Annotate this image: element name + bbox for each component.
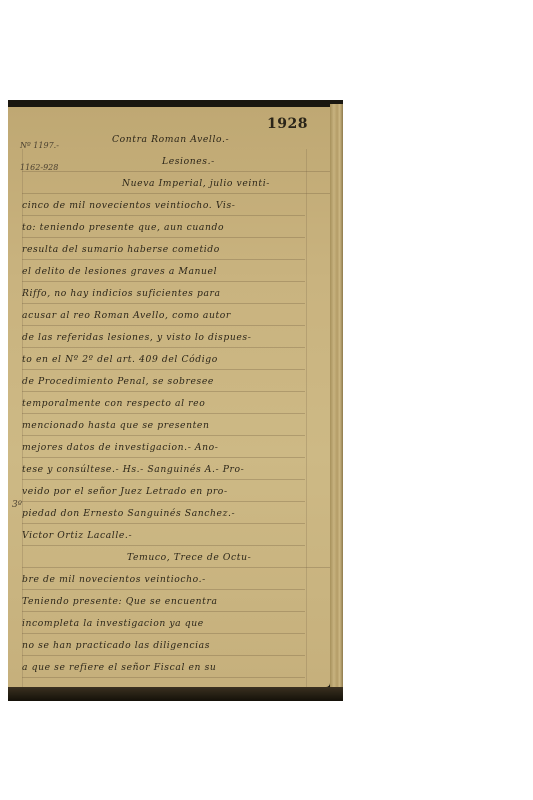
entry-1-line: de Procedimiento Penal, se sobresee (22, 369, 305, 392)
entry-1-line: el delito de lesiones graves a Manuel (22, 259, 305, 282)
entry-2-line: no se han practicado las diligencias (22, 633, 305, 656)
document-photograph: 1928 Nº 1197.- 1162-928 3º Contra Roman … (8, 100, 343, 701)
entry-1-line: acusar al reo Roman Avello, como autor (22, 303, 305, 326)
entry-1-line: piedad don Ernesto Sanguinés Sanchez.- (22, 501, 305, 524)
entry-2-line: bre de mil novecientos veintiocho.- (22, 567, 305, 590)
entry-1-line: to: teniendo presente que, aun cuando (22, 215, 305, 238)
entry-1-line: Riffo, no hay indicios suficientes para (22, 281, 305, 304)
page-stack-edge (330, 104, 343, 690)
entry-1-line: cinco de mil novecientos veintiocho. Vis… (22, 193, 305, 216)
entry-2-line: Temuco, Trece de Octu- (22, 545, 343, 568)
entry-1-line: Nueva Imperial, julio veinti- (22, 171, 343, 194)
entry-1-line: resulta del sumario haberse cometido (22, 237, 305, 260)
entry-1-line: mencionado hasta que se presenten (22, 413, 305, 436)
margin-entry-number: 3º (12, 500, 22, 510)
entry-2-line: a que se refiere el señor Fiscal en su (22, 655, 305, 678)
entry-2-line: Teniendo presente: Que se encuentra (22, 589, 305, 612)
entry-2-line: incompleta la investigacion ya que (22, 611, 305, 634)
entry-1-line: de las referidas lesiones, y visto lo di… (22, 325, 305, 348)
entry-1-line: Victor Ortiz Lacalle.- (22, 523, 305, 546)
book-shadow (8, 687, 343, 701)
entry-1-line: mejores datos de investigacion.- Ano- (22, 435, 305, 458)
header-subtitle: Lesiones.- (22, 149, 343, 172)
ledger-page: 1928 Nº 1197.- 1162-928 3º Contra Roman … (8, 107, 330, 687)
entry-1-line: temporalmente con respecto al reo (22, 391, 305, 414)
entry-1-line: tese y consúltese.- Hs.- Sanguinés A.- P… (22, 457, 305, 480)
entry-1-line: to en el Nº 2º del art. 409 del Código (22, 347, 305, 370)
header-title: Contra Roman Avello.- (22, 127, 343, 149)
entry-1-line: veido por el señor Juez Letrado en pro- (22, 479, 305, 502)
